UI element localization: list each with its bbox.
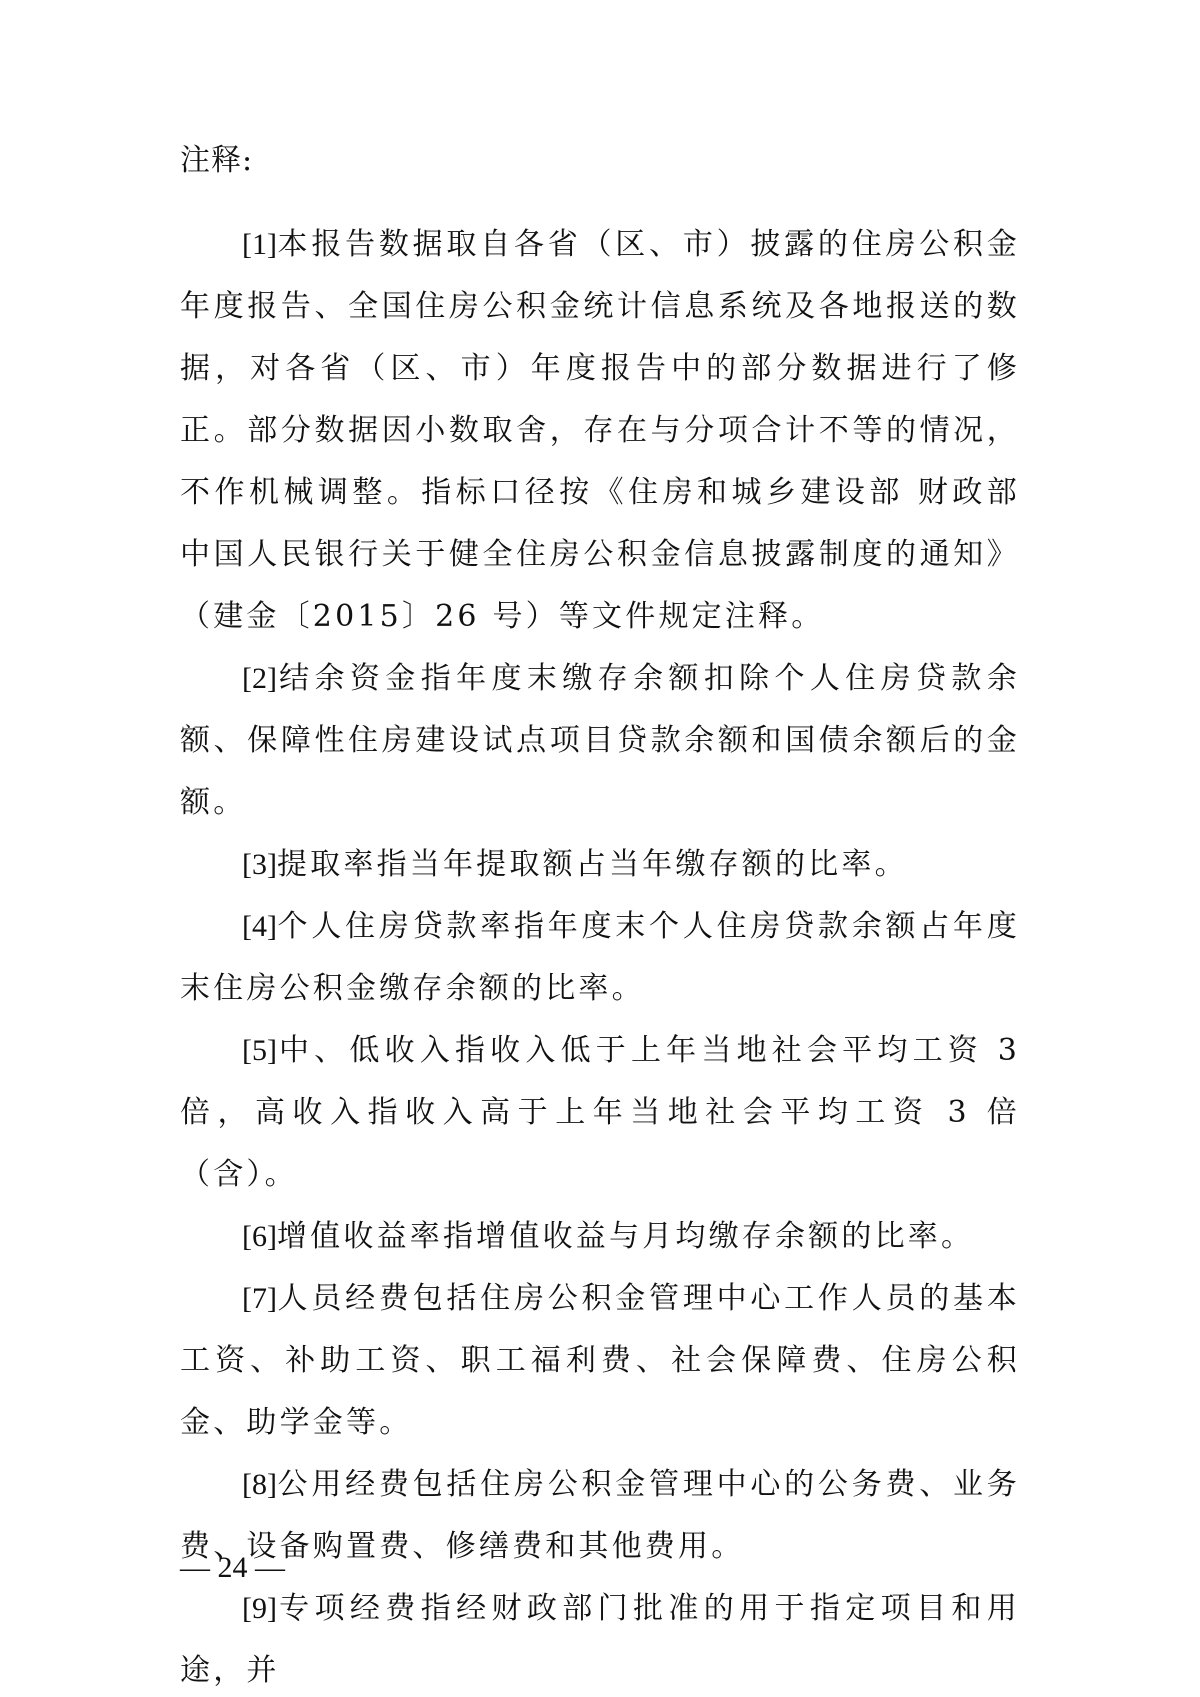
note-5: [5]中、低收入指收入低于上年当地社会平均工资 3 倍，高收入指收入高于上年当地… [180,1020,1020,1206]
note-text: 个人住房贷款率指年度末个人住房贷款余额占年度末住房公积金缴存余额的比率。 [180,909,1020,1006]
note-text: 提取率指当年提取额占当年缴存额的比率。 [277,847,908,882]
note-marker: [5] [242,1034,277,1067]
note-9: [9]专项经费指经财政部门批准的用于指定项目和用途，并 [180,1578,1020,1697]
note-3: [3]提取率指当年提取额占当年缴存额的比率。 [180,834,1020,896]
document-page: 注释: [1]本报告数据取自各省（区、市）披露的住房公积金年度报告、全国住房公积… [0,0,1200,1697]
note-marker: [1] [242,228,277,261]
note-marker: [6] [242,1220,277,1253]
note-1: [1]本报告数据取自各省（区、市）披露的住房公积金年度报告、全国住房公积金统计信… [180,214,1020,648]
note-marker: [2] [242,662,277,695]
note-marker: [4] [242,910,277,943]
note-text: 本报告数据取自各省（区、市）披露的住房公积金年度报告、全国住房公积金统计信息系统… [180,227,1020,634]
note-marker: [9] [242,1592,277,1625]
note-marker: [8] [242,1468,277,1501]
note-text: 增值收益率指增值收益与月均缴存余额的比率。 [277,1219,974,1254]
note-6: [6]增值收益率指增值收益与月均缴存余额的比率。 [180,1206,1020,1268]
note-text: 结余资金指年度末缴存余额扣除个人住房贷款余额、保障性住房建设试点项目贷款余额和国… [180,661,1020,820]
notes-section: 注释: [1]本报告数据取自各省（区、市）披露的住房公积金年度报告、全国住房公积… [180,130,1020,1697]
note-text: 人员经费包括住房公积金管理中心工作人员的基本工资、补助工资、职工福利费、社会保障… [180,1281,1020,1440]
page-number: — 24 — [180,1548,285,1588]
note-text: 公用经费包括住房公积金管理中心的公务费、业务费、设备购置费、修缮费和其他费用。 [180,1467,1020,1564]
note-2: [2]结余资金指年度末缴存余额扣除个人住房贷款余额、保障性住房建设试点项目贷款余… [180,648,1020,834]
note-4: [4]个人住房贷款率指年度末个人住房贷款余额占年度末住房公积金缴存余额的比率。 [180,896,1020,1020]
note-marker: [7] [242,1282,277,1315]
note-8: [8]公用经费包括住房公积金管理中心的公务费、业务费、设备购置费、修缮费和其他费… [180,1454,1020,1578]
note-text: 中、低收入指收入低于上年当地社会平均工资 3 倍，高收入指收入高于上年当地社会平… [180,1033,1020,1192]
note-marker: [3] [242,848,277,881]
note-text: 专项经费指经财政部门批准的用于指定项目和用途，并 [180,1591,1020,1688]
note-7: [7]人员经费包括住房公积金管理中心工作人员的基本工资、补助工资、职工福利费、社… [180,1268,1020,1454]
notes-heading: 注释: [180,130,1020,192]
